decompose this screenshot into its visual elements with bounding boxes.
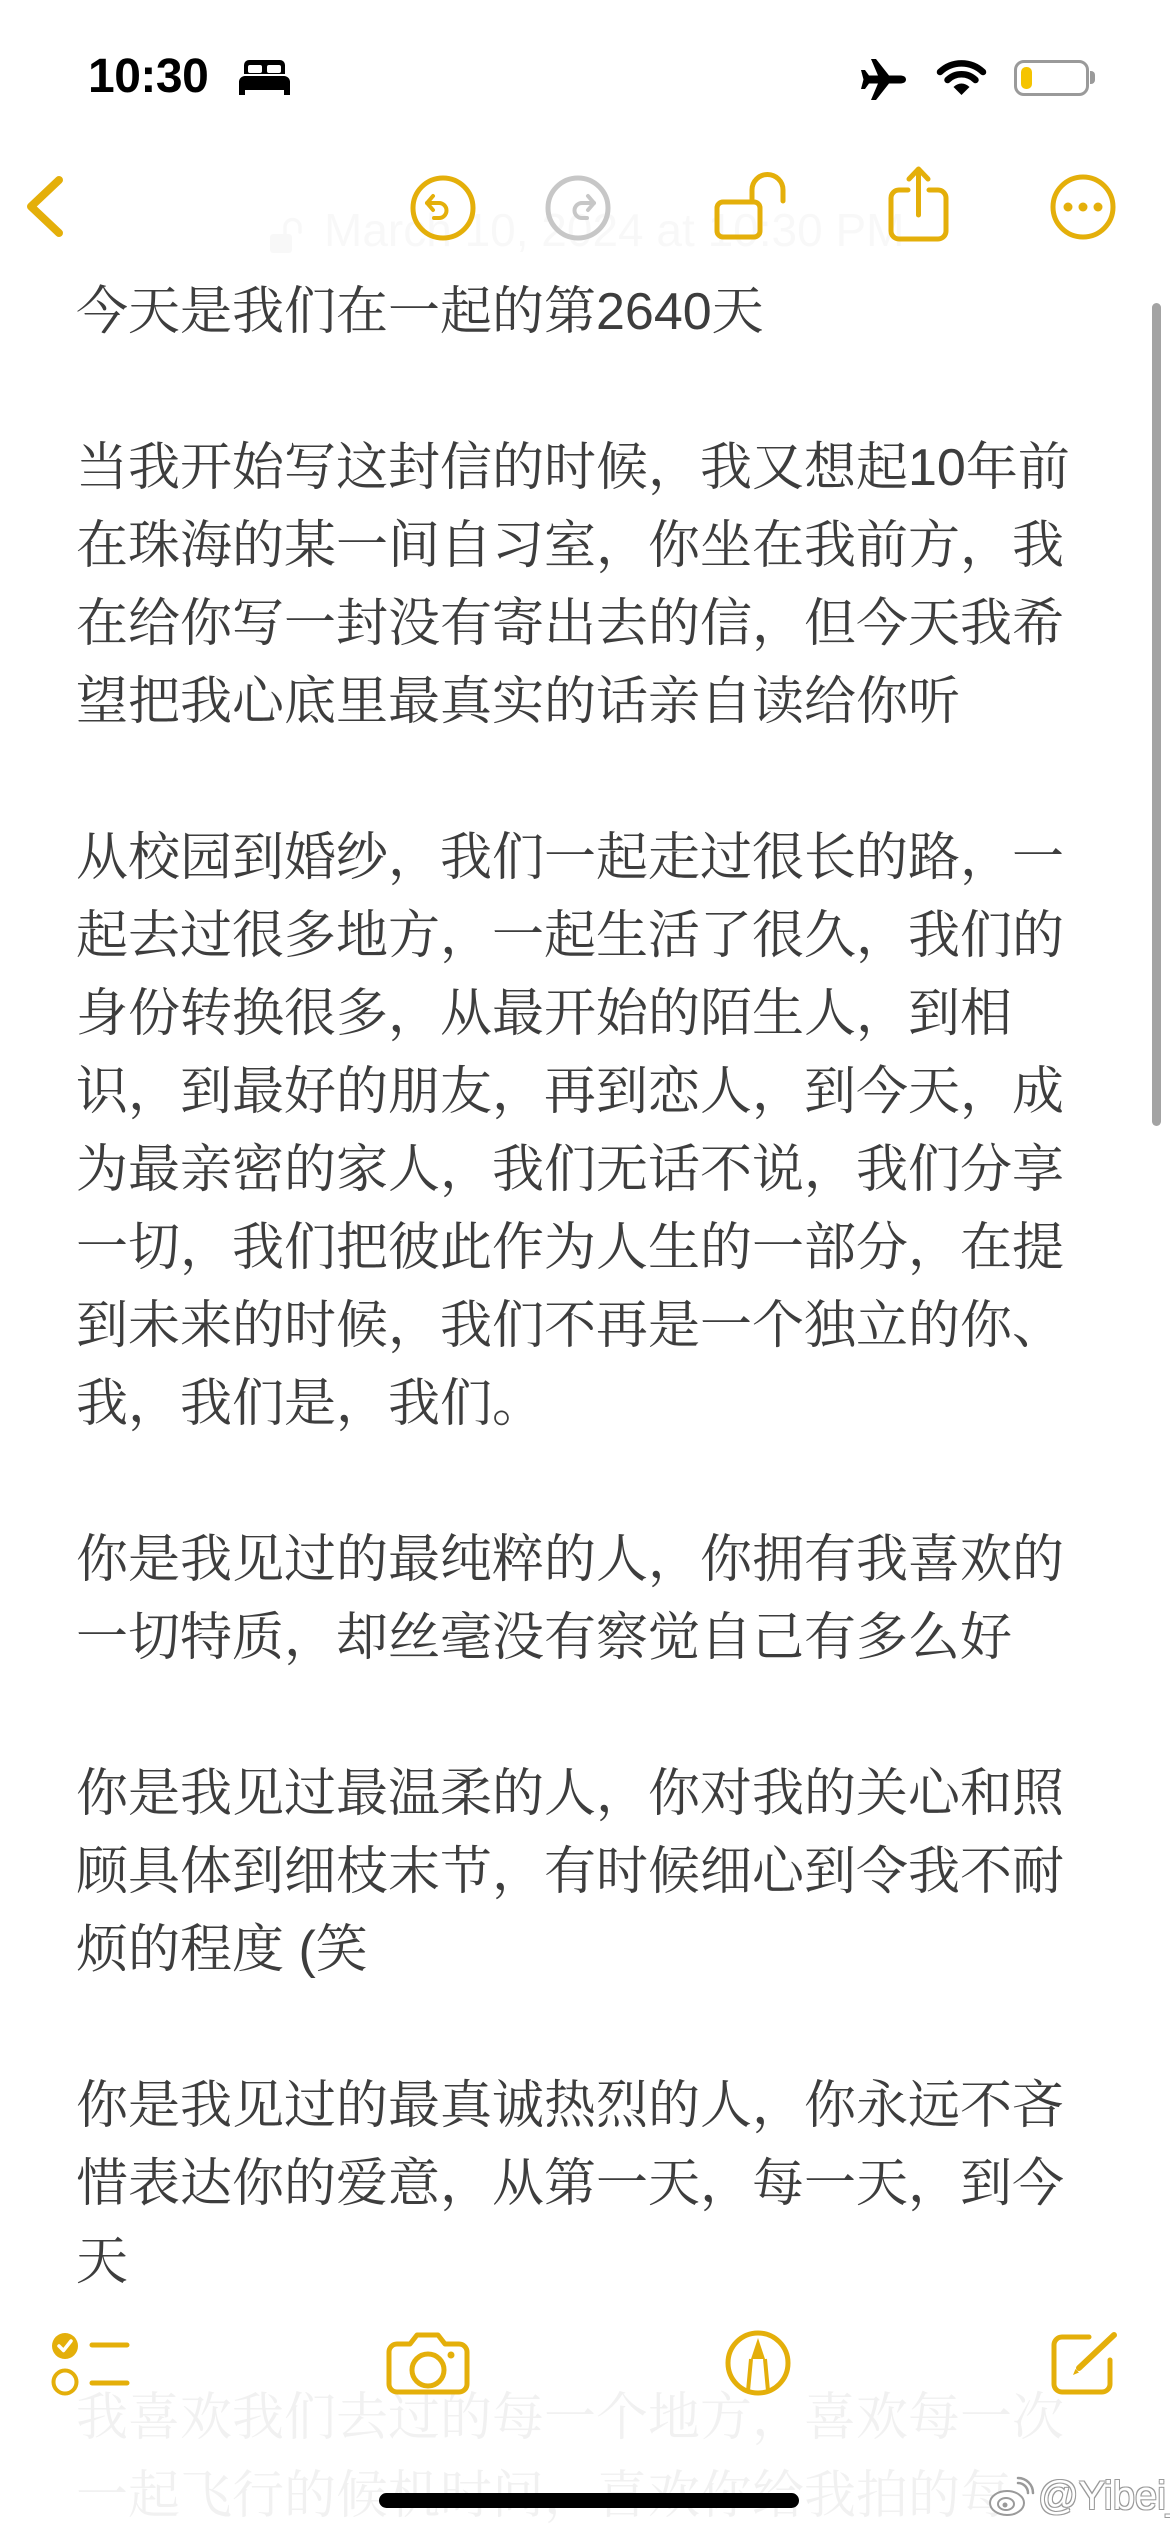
note-line[interactable]: 今天是我们在一起的第2640天	[76, 273, 1116, 351]
undo-button[interactable]	[405, 170, 481, 246]
battery-icon	[1014, 60, 1089, 96]
note-line[interactable]: 天	[76, 2223, 1116, 2301]
note-line[interactable]: 烦的程度 (笑	[76, 1911, 1116, 1989]
weibo-logo-icon	[988, 2477, 1034, 2517]
note-line[interactable]: 顾具体到细枝末节，有时候细心到令我不耐	[76, 1833, 1116, 1911]
markup-pen-icon	[720, 2325, 796, 2401]
redo-circle-icon	[540, 170, 616, 246]
note-line[interactable]: 望把我心底里最真实的话亲自读给你听	[76, 663, 1116, 741]
checklist-icon	[50, 2325, 135, 2405]
airplane-icon	[860, 59, 908, 100]
checklist-button[interactable]	[50, 2325, 135, 2405]
paragraph[interactable]: 从校园到婚纱，我们一起走过很长的路，一 起去过很多地方，一起生活了很久，我们的 …	[76, 819, 1116, 1443]
paragraph[interactable]: 当我开始写这封信的时候，我又想起10年前 在珠海的某一间自习室，你坐在我前方，我…	[76, 429, 1116, 741]
watermark-text: @Yibei__	[1038, 2474, 1170, 2519]
lock-note-button[interactable]	[710, 168, 790, 243]
note-line[interactable]: 我，我们是，我们。	[76, 1365, 1116, 1443]
share-button[interactable]	[880, 162, 960, 244]
lock-open-icon	[710, 168, 790, 243]
note-line[interactable]: 当我开始写这封信的时候，我又想起10年前	[76, 429, 1116, 507]
redo-button[interactable]	[540, 170, 616, 246]
wifi-icon	[936, 59, 987, 96]
paragraph[interactable]: 你是我见过的最真诚热烈的人，你永远不吝 惜表达你的爱意，从第一天，每一天，到今 …	[76, 2067, 1116, 2301]
more-button[interactable]	[1045, 169, 1121, 245]
scrollbar[interactable]	[1152, 303, 1161, 1126]
ellipsis-circle-icon	[1045, 169, 1121, 245]
note-line[interactable]: 为最亲密的家人，我们无话不说，我们分享	[76, 1131, 1116, 1209]
note-line[interactable]: 惜表达你的爱意，从第一天，每一天，到今	[76, 2145, 1116, 2223]
undo-circle-icon	[405, 170, 481, 246]
note-line[interactable]: 识，到最好的朋友，再到恋人，到今天，成	[76, 1053, 1116, 1131]
battery-level	[1021, 67, 1032, 89]
paragraph[interactable]: 你是我见过最温柔的人，你对我的关心和照 顾具体到细枝末节，有时候细心到令我不耐 …	[76, 1755, 1116, 1989]
markup-button[interactable]	[720, 2325, 796, 2401]
share-icon	[880, 162, 960, 244]
back-button[interactable]	[20, 170, 70, 245]
compose-icon	[1045, 2322, 1125, 2402]
paragraph[interactable]: 你是我见过的最纯粹的人，你拥有我喜欢的 一切特质，却丝毫没有察觉自己有多么好	[76, 1521, 1116, 1677]
note-line[interactable]: 一切，我们把彼此作为人生的一部分，在提	[76, 1209, 1116, 1287]
status-time: 10:30	[88, 52, 208, 102]
note-line[interactable]: 你是我见过的最真诚热烈的人，你永远不吝	[76, 2067, 1116, 2145]
bed-icon	[238, 60, 291, 95]
note-line[interactable]: 在珠海的某一间自习室，你坐在我前方，我	[76, 507, 1116, 585]
home-indicator[interactable]	[379, 2493, 799, 2508]
note-line[interactable]: 身份转换很多，从最开始的陌生人，到相	[76, 975, 1116, 1053]
camera-button[interactable]	[380, 2325, 475, 2400]
compose-button[interactable]	[1045, 2322, 1125, 2402]
note-line[interactable]: 起去过很多地方，一起生活了很久，我们的	[76, 897, 1116, 975]
watermark: @Yibei__	[988, 2474, 1170, 2519]
paragraph[interactable]: 今天是我们在一起的第2640天	[76, 273, 1116, 351]
note-line[interactable]: 你是我见过最温柔的人，你对我的关心和照	[76, 1755, 1116, 1833]
note-line[interactable]: 你是我见过的最纯粹的人，你拥有我喜欢的	[76, 1521, 1116, 1599]
camera-icon	[380, 2325, 475, 2400]
battery-nub	[1090, 71, 1095, 84]
note-line[interactable]: 到未来的时候，我们不再是一个独立的你、	[76, 1287, 1116, 1365]
note-line[interactable]: 从校园到婚纱，我们一起走过很长的路，一	[76, 819, 1116, 897]
note-body[interactable]: 今天是我们在一起的第2640天 当我开始写这封信的时候，我又想起10年前 在珠海…	[76, 273, 1116, 2532]
note-line[interactable]: 在给你写一封没有寄出去的信，但今天我希	[76, 585, 1116, 663]
chevron-left-icon	[20, 170, 70, 245]
note-line[interactable]: 一切特质，却丝毫没有察觉自己有多么好	[76, 1599, 1116, 1677]
